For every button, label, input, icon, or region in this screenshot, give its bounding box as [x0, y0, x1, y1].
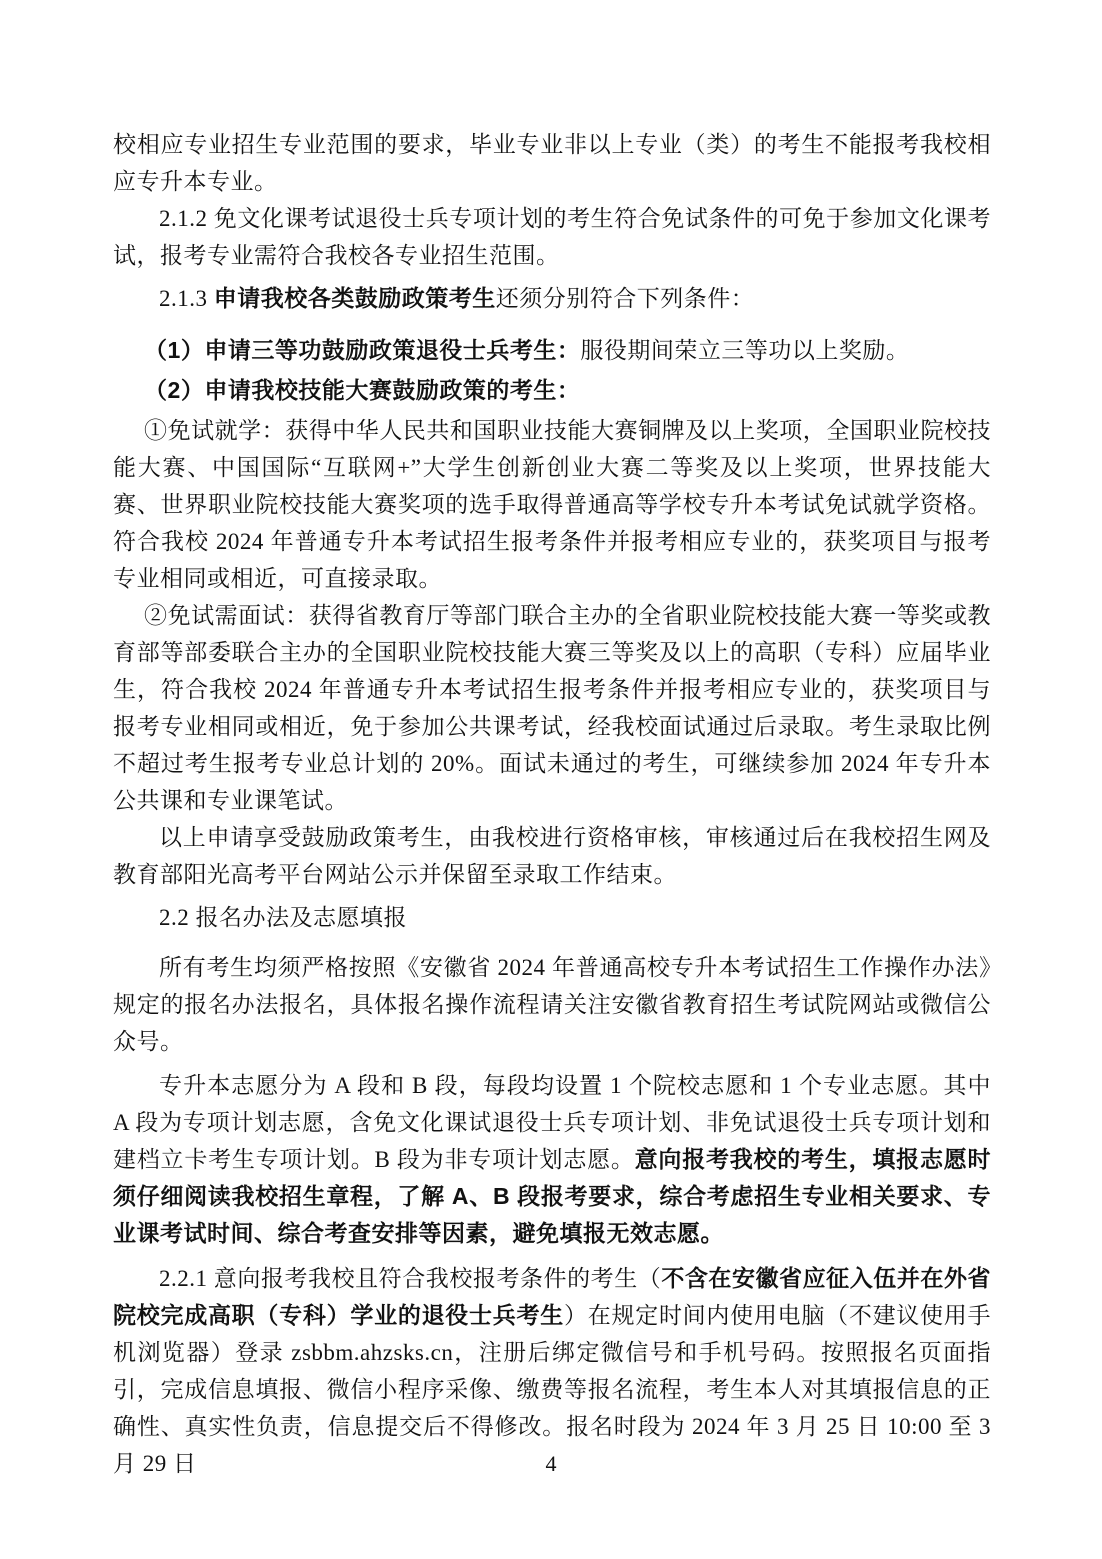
document-body: 校相应专业招生专业范围的要求，毕业专业非以上专业（类）的考生不能报考我校相应专升… — [113, 126, 991, 1482]
text-run: 还须分别符合下列条件： — [496, 286, 755, 311]
text-run: 2.2.1 意向报考我校且符合我校报考条件的考生（ — [159, 1266, 661, 1291]
paragraph: 2.1.2 免文化课考试退役士兵专项计划的考生符合免试条件的可免于参加文化课考试… — [113, 200, 991, 274]
bold-text-run: （2）申请我校技能大赛鼓励政策的考生： — [144, 377, 580, 403]
text-run: 2.1.3 — [159, 286, 214, 311]
bold-text-run: 申请我校各类鼓励政策考生 — [214, 285, 496, 311]
text-run: 服役期间荣立三等功以上奖励。 — [580, 338, 909, 363]
paragraph: （1）申请三等功鼓励政策退役士兵考生：服役期间荣立三等功以上奖励。 — [113, 332, 991, 369]
paragraph: 以上申请享受鼓励政策考生，由我校进行资格审核，审核通过后在我校招生网及教育部阳光… — [113, 819, 991, 893]
paragraph: 2.1.3 申请我校各类鼓励政策考生还须分别符合下列条件： — [113, 280, 991, 317]
paragraph: 2.2 报名办法及志愿填报 — [113, 899, 991, 936]
paragraph: 校相应专业招生专业范围的要求，毕业专业非以上专业（类）的考生不能报考我校相应专升… — [113, 126, 991, 200]
paragraph: 专升本志愿分为 A 段和 B 段，每段均设置 1 个院校志愿和 1 个专业志愿。… — [113, 1067, 991, 1252]
text-run: 校相应专业招生专业范围的要求，毕业专业非以上专业（类）的考生不能报考我校相应专升… — [113, 132, 991, 194]
paragraph: 所有考生均须严格按照《安徽省 2024 年普通高校专升本考试招生工作操作办法》规… — [113, 949, 991, 1060]
bold-text-run: （1）申请三等功鼓励政策退役士兵考生： — [144, 337, 580, 363]
text-run: 所有考生均须严格按照《安徽省 2024 年普通高校专升本考试招生工作操作办法》规… — [113, 955, 991, 1054]
text-run: 2.1.2 免文化课考试退役士兵专项计划的考生符合免试条件的可免于参加文化课考试… — [113, 206, 991, 268]
text-run: 以上申请享受鼓励政策考生，由我校进行资格审核，审核通过后在我校招生网及教育部阳光… — [113, 825, 991, 887]
paragraph: （2）申请我校技能大赛鼓励政策的考生： — [113, 372, 991, 409]
text-run: ①免试就学：获得中华人民共和国职业技能大赛铜牌及以上奖项，全国职业院校技能大赛、… — [113, 418, 991, 591]
text-run: ②免试需面试：获得省教育厅等部门联合主办的全省职业院校技能大赛一等奖或教育部等部… — [113, 603, 991, 813]
document-page: 校相应专业招生专业范围的要求，毕业专业非以上专业（类）的考生不能报考我校相应专升… — [0, 0, 1102, 1559]
page-number: 4 — [0, 1450, 1102, 1478]
paragraph: ①免试就学：获得中华人民共和国职业技能大赛铜牌及以上奖项，全国职业院校技能大赛、… — [113, 412, 991, 597]
paragraph: 2.2.1 意向报考我校且符合我校报考条件的考生（不含在安徽省应征入伍并在外省院… — [113, 1260, 991, 1482]
paragraph: ②免试需面试：获得省教育厅等部门联合主办的全省职业院校技能大赛一等奖或教育部等部… — [113, 597, 991, 819]
text-run: 2.2 报名办法及志愿填报 — [159, 905, 407, 930]
